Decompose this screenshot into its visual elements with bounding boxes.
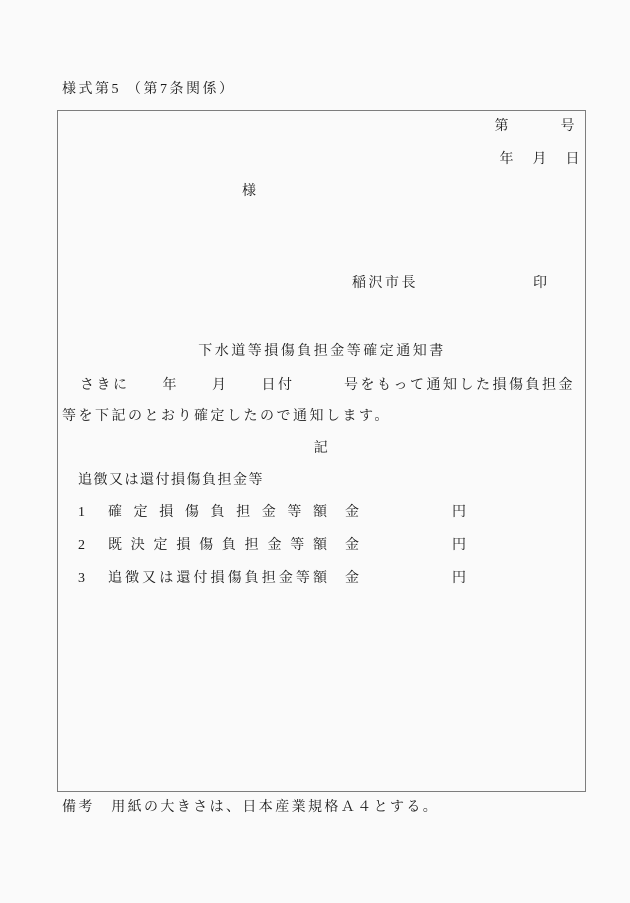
item-number: 1 (78, 504, 85, 522)
body-text-line-2: 等を下記のとおり確定したので通知します。 (62, 408, 391, 426)
addressee-suffix: 様 (242, 183, 259, 201)
seal-mark: 印 (533, 275, 550, 293)
item-label: 確定損傷負担金等額 (108, 504, 327, 522)
form-label: 様式第5 （第7条関係） (62, 81, 236, 99)
section-heading: 追徴又は還付損傷負担金等 (78, 472, 264, 490)
item-currency-prefix: 金 (345, 570, 359, 588)
item-currency-prefix: 金 (345, 537, 359, 555)
item-currency-suffix: 円 (452, 504, 466, 522)
item-currency-suffix: 円 (452, 570, 466, 588)
document-title: 下水道等損傷負担金等確定通知書 (57, 343, 587, 361)
item-currency-prefix: 金 (345, 504, 359, 522)
sender-name: 稲沢市長 (352, 275, 418, 293)
item-number: 2 (78, 537, 85, 555)
body-text-line-1: さきに 年 月 日付 号をもって通知した損傷負担金 (80, 377, 575, 395)
document-number-line: 第 号 (495, 118, 578, 136)
item-label: 既決定損傷負担金等額 (108, 537, 327, 555)
item-number: 3 (78, 570, 85, 588)
date-line: 年 月 日 (500, 151, 583, 169)
document-page: 様式第5 （第7条関係） 第 号 年 月 日 様 稲沢市長 印 下水道等損傷負担… (0, 0, 630, 903)
item-currency-suffix: 円 (452, 537, 466, 555)
item-label: 追徴又は還付損傷負担金等額 (108, 570, 327, 588)
footer-note: 備考 用紙の大きさは、日本産業規格Ａ４とする。 (62, 799, 439, 817)
record-marker: 記 (57, 440, 587, 458)
